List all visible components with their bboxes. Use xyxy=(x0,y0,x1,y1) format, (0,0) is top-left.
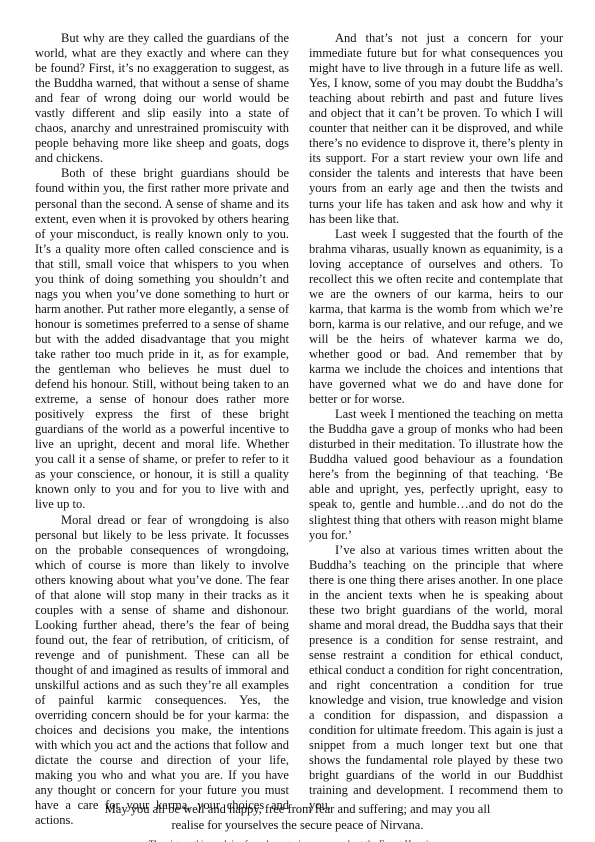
closing-line-1: May you all be well and happy, free from… xyxy=(60,801,535,817)
right-column: And that’s not just a concern for your i… xyxy=(309,31,563,828)
document-page: But why are they called the guardians of… xyxy=(0,0,595,842)
paragraph: Last week I mentioned the teaching on me… xyxy=(309,407,563,542)
paragraph: Last week I suggested that the fourth of… xyxy=(309,227,563,408)
two-column-body: But why are they called the guardians of… xyxy=(35,31,563,828)
paragraph: Both of these bright guardians should be… xyxy=(35,166,289,512)
left-column: But why are they called the guardians of… xyxy=(35,31,289,828)
closing-blessing: May you all be well and happy, free from… xyxy=(60,801,535,833)
paragraph: And that’s not just a concern for your i… xyxy=(309,31,563,227)
paragraph: Moral dread or fear of wrongdoing is als… xyxy=(35,513,289,829)
closing-line-2: realise for yourselves the secure peace … xyxy=(60,817,535,833)
paragraph: I’ve also at various times written about… xyxy=(309,543,563,814)
paragraph: But why are they called the guardians of… xyxy=(35,31,289,166)
